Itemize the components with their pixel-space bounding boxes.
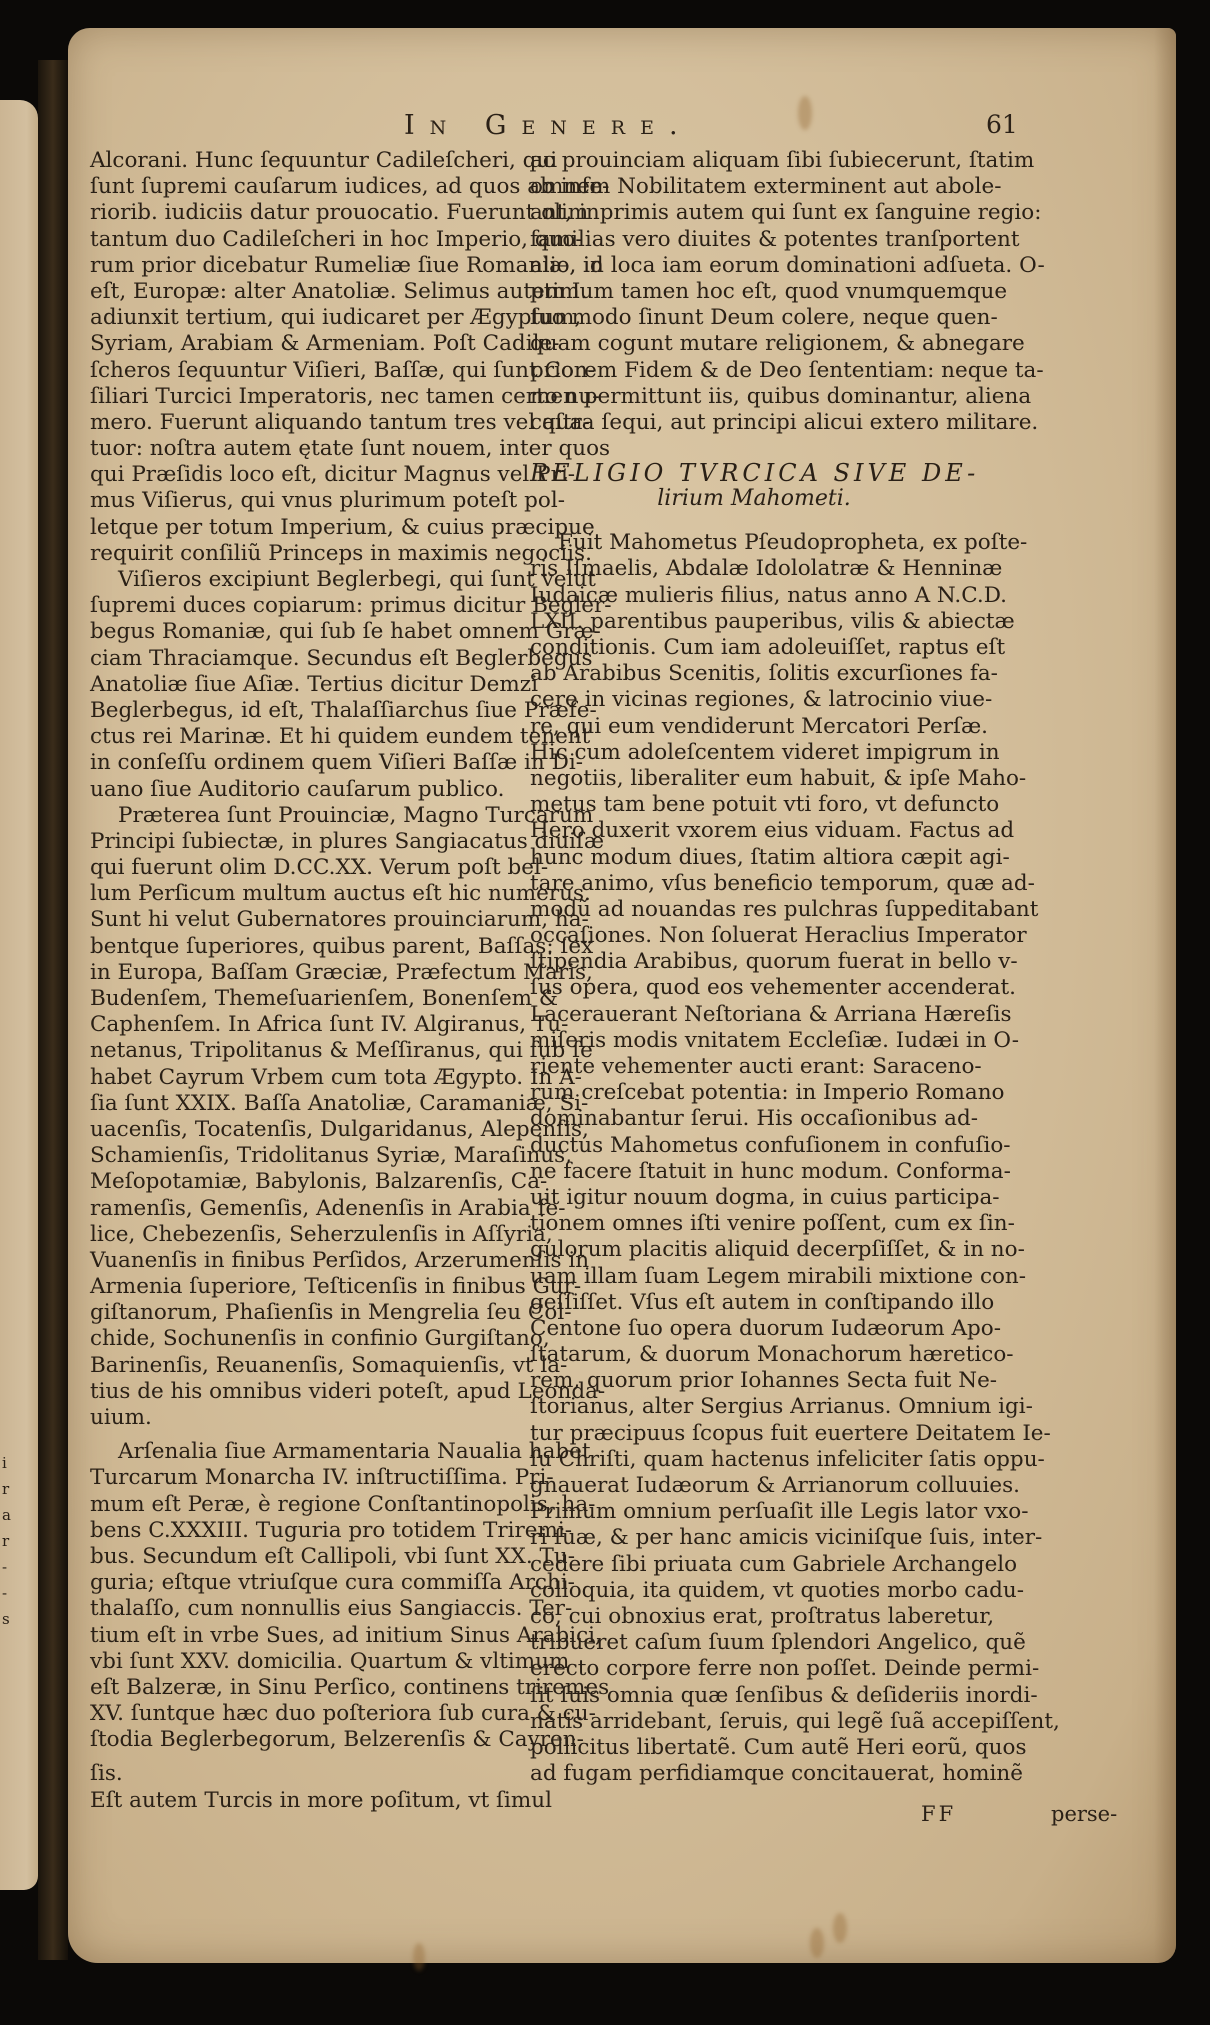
text-line: guria; eſtque vtriuſque cura commiſſa Ar… (90, 1570, 538, 1596)
edge-letter: - (2, 1554, 16, 1580)
signature-mark: FF (921, 1802, 956, 1826)
foxing-stain (413, 1943, 425, 1971)
text-line: geſſiſſet. Vſus eſt autem in conſtipando… (530, 1290, 978, 1316)
text-line: Syriam, Arabiam & Armeniam. Poſt Cadile- (90, 331, 538, 357)
right-column: ac prouinciam aliquam ſibi ſubiecerunt, … (530, 148, 978, 1787)
text-line: mum eſt Peræ, è regione Conſtantinopolis… (90, 1492, 538, 1518)
text-line: riorib. iudiciis datur prouocatio. Fueru… (90, 200, 538, 226)
catchword: perse- (1051, 1802, 1117, 1826)
text-line: Alcorani. Hunc ſequuntur Cadileſcheri, q… (90, 148, 538, 174)
text-line: re, qui eum vendiderunt Mercatori Perſæ. (530, 714, 978, 740)
text-line: ctus rei Marinæ. Et hi quidem eundem ten… (90, 724, 538, 750)
text-line: qui Præſidis loco eſt, dicitur Magnus ve… (90, 462, 538, 488)
previous-page-edge-letters: irar--s (2, 1450, 16, 1632)
text-line: Armenia ſuperiore, Teſticenſis in finibu… (90, 1274, 538, 1300)
text-line: bus. Secundum eſt Callipoli, vbi ſunt XX… (90, 1544, 538, 1570)
edge-letter: i (2, 1450, 16, 1476)
text-line: adiunxit tertium, qui iudicaret per Ægyp… (90, 305, 538, 331)
text-line: rem, quorum prior Iohannes Secta fuit Ne… (530, 1368, 978, 1394)
edge-letter: - (2, 1580, 16, 1606)
text-line: Barinenſis, Reuanenſis, Somaquienſis, vt… (90, 1353, 538, 1379)
text-line: Hero duxerit vxorem eius viduam. Factus … (530, 818, 978, 844)
text-line: pollicitus libertatẽ. Cum autẽ Heri eorũ… (530, 1735, 978, 1761)
text-line: co, cui obnoxius erat, proſtratus labere… (530, 1604, 978, 1630)
text-line: ramenſis, Gemenſis, Adenenſis in Arabia … (90, 1196, 538, 1222)
book-gutter (38, 60, 68, 1960)
section-heading: RELIGIO TVRCICA SIVE DE- (530, 460, 978, 486)
text-line: ant, inprimis autem qui ſunt ex ſanguine… (530, 200, 978, 226)
text-line: rum creſcebat potentia: in Imperio Roman… (530, 1080, 978, 1106)
text-line: cedere ſibi priuata cum Gabriele Archang… (530, 1552, 978, 1578)
text-line: cere in vicinas regiones, & latrocinio v… (530, 687, 978, 713)
foxing-stain (798, 96, 812, 130)
text-line: ſia ſunt XXIX. Baſſa Anatoliæ, Caramaniæ… (90, 1091, 538, 1117)
text-line: ſit ſuis omnia quæ ſenſibus & deſideriis… (530, 1683, 978, 1709)
text-line: in conſeſſu ordinem quem Viſieri Baſſæ i… (90, 750, 538, 776)
text-line: Lacerauerant Neſtoriana & Arriana Hæreſi… (530, 1002, 978, 1028)
page-number: 61 (986, 110, 1018, 139)
text-line: mus Viſierus, qui vnus plurimum poteſt p… (90, 488, 538, 514)
text-line: uit igitur nouum dogma, in cuius partici… (530, 1185, 978, 1211)
text-line: Fuit Mahometus Pſeudopropheta, ex poſte- (530, 530, 978, 556)
text-line: ſcheros ſequuntur Viſieri, Baſſæ, qui ſu… (90, 358, 538, 384)
text-line: habet Cayrum Vrbem cum tota Ægypto. In A… (90, 1065, 538, 1091)
text-line: Eſt autem Turcis in more poſitum, vt ſim… (90, 1788, 538, 1814)
text-line: giſtanorum, Phaſienſis in Mengrelia ſeu … (90, 1300, 538, 1326)
text-line: ri ſuæ, & per hanc amicis viciniſque ſui… (530, 1525, 978, 1551)
text-line: Præterea ſunt Prouinciæ, Magno Turcarum (90, 803, 538, 829)
text-line: ductus Mahometus confuſionem in confuſio… (530, 1133, 978, 1159)
text-line: colloquia, ita quidem, vt quoties morbo … (530, 1578, 978, 1604)
paragraph-gap (90, 1431, 538, 1439)
text-line: uam illam ſuam Legem mirabili mixtione c… (530, 1264, 978, 1290)
text-line: uium. (90, 1405, 538, 1431)
text-line: thalaſſo, cum nonnullis eius Sangiaccis.… (90, 1596, 538, 1622)
text-line: conditionis. Cum iam adoleuiſſet, raptus… (530, 635, 978, 661)
foxing-stain (833, 1913, 847, 1943)
text-line: XV. ſuntque hæc duo poſteriora ſub cura … (90, 1701, 538, 1727)
section-heading-subtitle: lirium Mahometi. (530, 486, 978, 516)
text-line: letque per totum Imperium, & cuius præci… (90, 515, 538, 541)
text-line: Viſieros excipiunt Beglerbegi, qui ſunt … (90, 567, 538, 593)
text-line: ſiliari Turcici Imperatoris, nec tamen c… (90, 384, 538, 410)
text-line: tuor: noſtra autem ętate ſunt nouem, int… (90, 436, 538, 462)
text-line: requirit conſiliũ Princeps in maximis ne… (90, 541, 538, 567)
text-line: ſus opera, quod eos vehementer accendera… (530, 975, 978, 1001)
text-line: Arſenalia ſiue Armamentaria Naualia habe… (90, 1439, 538, 1465)
text-line: riente vehementer aucti erant: Saraceno- (530, 1054, 978, 1080)
paragraph-gap (90, 1753, 538, 1761)
text-line: alio, in loca iam eorum dominationi adſu… (530, 253, 978, 279)
text-line: Centone ſuo opera duorum Iudæorum Apo- (530, 1316, 978, 1342)
text-line: ptimum tamen hoc eſt, quod vnumquemque (530, 279, 978, 305)
text-line: tionem omnes iſti venire poſſent, cum ex… (530, 1211, 978, 1237)
edge-letter: r (2, 1476, 16, 1502)
text-line: uacenſis, Tocatenſis, Dulgaridanus, Alep… (90, 1117, 538, 1143)
page-fore-edge (1154, 28, 1176, 1963)
text-line: lum Perſicum multum auctus eſt hic numer… (90, 881, 538, 907)
edge-letter: a (2, 1502, 16, 1528)
text-line: ne facere ſtatuit in hunc modum. Conform… (530, 1159, 978, 1185)
text-line: ciam Thraciamque. Secundus eſt Beglerbeg… (90, 646, 538, 672)
running-head: In Genere. (404, 110, 693, 141)
text-line: LXII. parentibus pauperibus, vilis & abi… (530, 609, 978, 635)
text-line: ſunt ſupremi cauſarum iudices, ad quos a… (90, 174, 538, 200)
text-line: ſtipendia Arabibus, quorum fuerat in bel… (530, 949, 978, 975)
text-line: in Europa, Baſſam Græciæ, Præfectum Mari… (90, 960, 538, 986)
text-line: ſuo modo ſinunt Deum colere, neque quen- (530, 305, 978, 331)
text-line: occaſiones. Non ſoluerat Heraclius Imper… (530, 923, 978, 949)
text-line: Caphenſem. In Africa ſunt IV. Algiranus,… (90, 1012, 538, 1038)
text-line: ad fugam perfidiamque concitauerat, homi… (530, 1761, 978, 1787)
text-line: lice, Chebezenſis, Seherzulenſis in Aſſy… (90, 1222, 538, 1248)
text-line: Beglerbegus, id eſt, Thalaſſiarchus ſiue… (90, 698, 538, 724)
text-line: miſeris modis vnitatem Eccleſiæ. Iudæi i… (530, 1028, 978, 1054)
text-line: bentque ſuperiores, quibus parent, Baſſa… (90, 934, 538, 960)
book-page: In Genere. 61 Alcorani. Hunc ſequuntur C… (68, 28, 1176, 1963)
text-line: gulorum placitis aliquid decerpſiſſet, &… (530, 1237, 978, 1263)
text-line: Meſopotamiæ, Babylonis, Balzarenſis, Ca- (90, 1169, 538, 1195)
text-line: priorem Fidem & de Deo ſententiam: neque… (530, 358, 978, 384)
text-line: tur præcipuus ſcopus fuit euertere Deita… (530, 1421, 978, 1447)
text-line: metus tam bene potuit vti foro, vt defun… (530, 792, 978, 818)
text-line: uano ſiue Auditorio cauſarum publico. (90, 777, 538, 803)
text-line: hunc modum diues, ſtatim altiora cæpit a… (530, 845, 978, 871)
right-column-body-text: Fuit Mahometus Pſeudopropheta, ex poſte-… (530, 530, 978, 1787)
text-line: Principi ſubiectæ, in plures Sangiacatus… (90, 829, 538, 855)
text-line: ſu Chriſti, quam hactenus infeliciter ſa… (530, 1447, 978, 1473)
text-line: ſtatarum, & duorum Monachorum hæretico- (530, 1342, 978, 1368)
text-line: omnem Nobilitatem exterminent aut abole- (530, 174, 978, 200)
text-line: tium eſt in vrbe Sues, ad initium Sinus … (90, 1623, 538, 1649)
text-line: ſtodia Beglerbegorum, Belzerenſis & Cayr… (90, 1727, 538, 1753)
text-line: gnauerat Iudæorum & Arrianorum colluuies… (530, 1473, 978, 1499)
text-line: bens C.XXXIII. Tuguria pro totidem Trire… (90, 1518, 538, 1544)
text-line: men permittunt iis, quibus dominantur, a… (530, 384, 978, 410)
text-line: familias vero diuites & potentes tranſpo… (530, 227, 978, 253)
text-line: Hic cum adoleſcentem videret impigrum in (530, 740, 978, 766)
text-line: Iudaicæ mulieris filius, natus anno A N.… (530, 583, 978, 609)
text-line: begus Romaniæ, qui ſub ſe habet omnem Gr… (90, 619, 538, 645)
text-line: caſtra ſequi, aut principi alicui extero… (530, 410, 978, 436)
text-line: erecto corpore ferre non poſſet. Deinde … (530, 1656, 978, 1682)
text-line: qui fuerunt olim D.CC.XX. Verum poſt bel… (90, 855, 538, 881)
text-line: Primum omnium perſuaſit ille Legis lator… (530, 1499, 978, 1525)
text-line: eſt Balzeræ, in Sinu Perſico, continens … (90, 1675, 538, 1701)
text-line: natis arridebant, ſeruis, qui legẽ ſuã a… (530, 1709, 978, 1735)
text-line: quam cogunt mutare religionem, & abnegar… (530, 331, 978, 357)
text-line: ſis. (90, 1761, 538, 1787)
text-line: Budenſem, Themeſuarienſem, Bonenſem & (90, 986, 538, 1012)
text-line: tantum duo Cadileſcheri in hoc Imperio, … (90, 227, 538, 253)
text-line: Anatoliæ ſiue Aſiæ. Tertius dicitur Demz… (90, 672, 538, 698)
text-line: netanus, Tripolitanus & Meſſiranus, qui … (90, 1038, 538, 1064)
edge-letter: r (2, 1528, 16, 1554)
text-line: ſupremi duces copiarum: primus dicitur B… (90, 593, 538, 619)
text-line: ris Iſmaelis, Abdalæ Idololatræ & Hennin… (530, 556, 978, 582)
text-line: dominabantur ſerui. His occaſionibus ad- (530, 1106, 978, 1132)
edge-letter: s (2, 1606, 16, 1632)
text-line: tare animo, vſus beneficio temporum, quæ… (530, 871, 978, 897)
text-line: Turcarum Monarcha IV. inſtructiſſima. Pr… (90, 1465, 538, 1491)
foxing-stain (810, 1928, 824, 1958)
previous-page-edge: irar--s (0, 100, 38, 1890)
text-line: chide, Sochunenſis in confinio Gurgiſtan… (90, 1326, 538, 1352)
text-line: modũ ad nouandas res pulchras ſuppeditab… (530, 897, 978, 923)
text-line: ac prouinciam aliquam ſibi ſubiecerunt, … (530, 148, 978, 174)
text-line: ab Arabibus Scenitis, ſolitis excurſione… (530, 661, 978, 687)
text-line: Vuanenſis in finibus Perſidos, Arzerumen… (90, 1248, 538, 1274)
right-column-top-text: ac prouinciam aliquam ſibi ſubiecerunt, … (530, 148, 978, 436)
text-line: Sunt hi velut Gubernatores prouinciarum,… (90, 907, 538, 933)
text-line: tius de his omnibus videri poteſt, apud … (90, 1379, 538, 1405)
text-line: tribueret caſum ſuum ſplendori Angelico,… (530, 1630, 978, 1656)
text-line: ſtorianus, alter Sergius Arrianus. Omniu… (530, 1394, 978, 1420)
left-column: Alcorani. Hunc ſequuntur Cadileſcheri, q… (90, 148, 538, 1814)
text-line: Schamienſis, Tridolitanus Syriæ, Maraſin… (90, 1143, 538, 1169)
text-line: eſt, Europæ: alter Anatoliæ. Selimus aut… (90, 279, 538, 305)
text-line: vbi ſunt XXV. domicilia. Quartum & vltim… (90, 1649, 538, 1675)
text-line: mero. Fuerunt aliquando tantum tres vel … (90, 410, 538, 436)
text-line: negotiis, liberaliter eum habuit, & ipſe… (530, 766, 978, 792)
text-line: rum prior dicebatur Rumeliæ ſiue Romaniæ… (90, 253, 538, 279)
